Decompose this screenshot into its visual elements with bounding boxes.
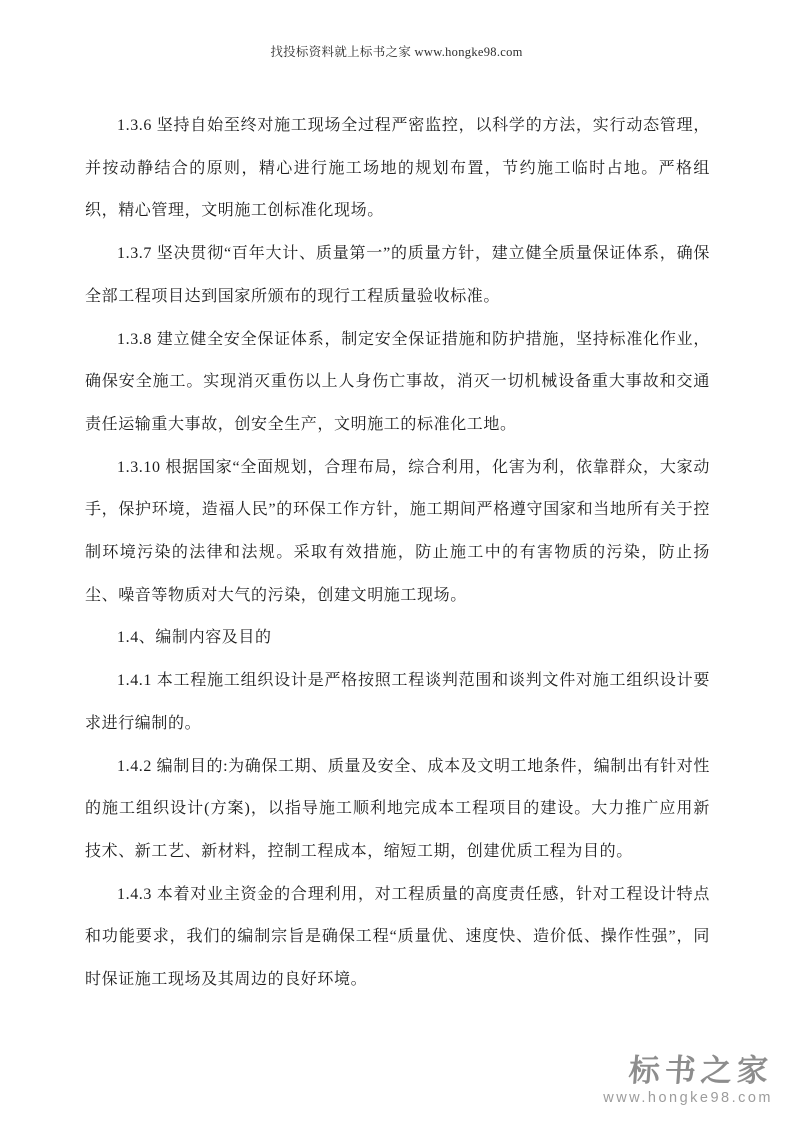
paragraph-1-4-1: 1.4.1 本工程施工组织设计是严格按照工程谈判范围和谈判文件对施工组织设计要求… xyxy=(85,660,710,745)
paragraph-1-3-7: 1.3.7 坚决贯彻“百年大计、质量第一”的质量方针，建立健全质量保证体系，确保… xyxy=(85,233,710,318)
watermark-url: www.hongke98.com xyxy=(603,1090,773,1106)
document-body: 1.3.6 坚持自始至终对施工现场全过程严密监控，以科学的方法，实行动态管理，并… xyxy=(85,105,710,1002)
watermark-logo-text: 标书之家 xyxy=(602,1054,774,1088)
paragraph-1-3-8: 1.3.8 建立健全安全保证体系，制定安全保证措施和防护措施，坚持标准化作业，确… xyxy=(85,319,710,447)
paragraph-1-4-3: 1.4.3 本着对业主资金的合理利用，对工程质量的高度责任感，针对工程设计特点和… xyxy=(85,874,710,1002)
paragraph-1-3-6: 1.3.6 坚持自始至终对施工现场全过程严密监控，以科学的方法，实行动态管理，并… xyxy=(85,105,710,233)
header-site-text: 找投标资料就上标书之家 www.hongke98.com xyxy=(270,45,522,59)
paragraph-1-4-2: 1.4.2 编制目的:为确保工期、质量及安全、成本及文明工地条件，编制出有针对性… xyxy=(85,746,710,874)
document-page: 找投标资料就上标书之家 www.hongke98.com 1.3.6 坚持自始至… xyxy=(0,0,793,1122)
page-header: 找投标资料就上标书之家 www.hongke98.com xyxy=(0,42,793,60)
watermark: 标书之家 www.hongke98.com xyxy=(603,1054,773,1106)
section-heading-1-4: 1.4、编制内容及目的 xyxy=(85,617,710,660)
paragraph-1-3-10: 1.3.10 根据国家“全面规划，合理布局，综合利用，化害为利，依靠群众，大家动… xyxy=(85,447,710,618)
